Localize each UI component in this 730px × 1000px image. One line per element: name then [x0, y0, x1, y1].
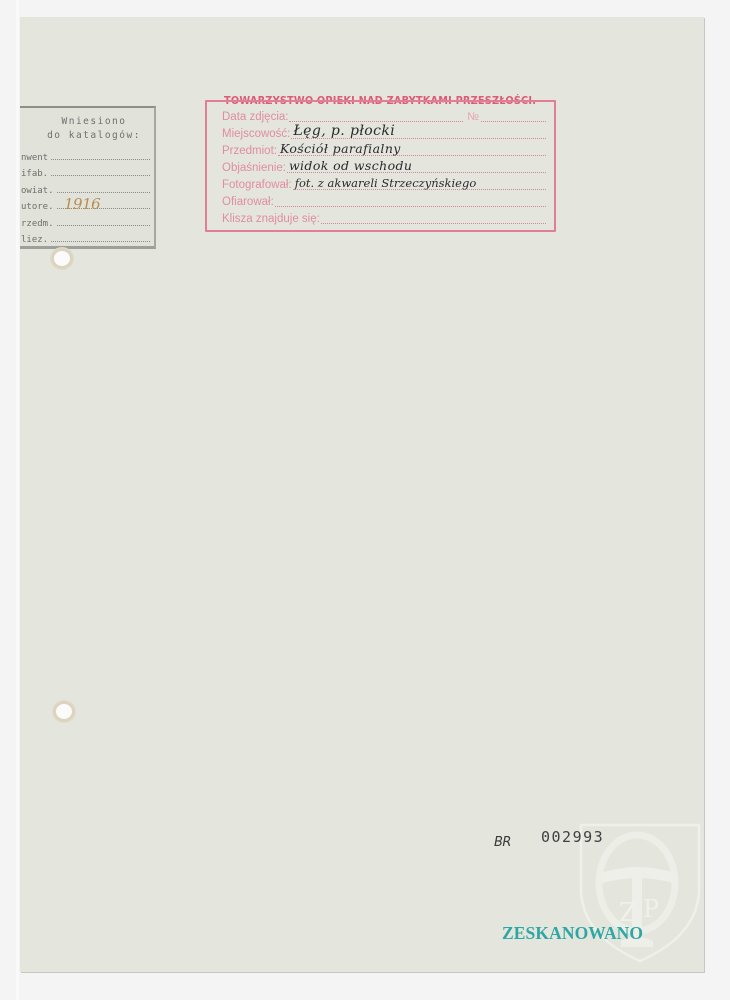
catalog-row: rzedm.	[20, 212, 154, 229]
catalog-handwritten-value: 1916	[64, 195, 100, 213]
catalog-row: utore. 1916	[20, 196, 154, 213]
stamp-field-date: Data zdjęcia: №	[222, 108, 546, 124]
punch-hole-top	[54, 251, 70, 266]
stamp-field-negative-location: Klisza znajduje się:	[222, 210, 546, 226]
catalog-card: Wniesiono do katalogów: nwent ifab. owia…	[20, 106, 156, 249]
catalog-row: owiat.	[20, 179, 154, 196]
stamp-field-description: Objaśnienie: widok od wschodu	[222, 159, 546, 175]
punch-hole-bottom	[56, 704, 72, 719]
catalog-row: nwent	[20, 146, 154, 163]
handwritten-description: widok od wschodu	[289, 158, 412, 173]
stamp-field-location: Miejscowość: Łęg, p. płocki	[222, 125, 546, 141]
scanned-stamp: ZESKANOWANO	[502, 923, 643, 944]
stamp-field-donor: Ofiarował:	[222, 193, 546, 209]
handwritten-location: Łęg, p. płocki	[293, 123, 395, 139]
catalog-row: ifab.	[20, 163, 154, 180]
stamp-field-photographer: Fotografował: fot. z akwareli Strzeczyńs…	[222, 176, 546, 192]
stamp-field-object: Przedmiot: Kościół parafialny	[222, 142, 546, 158]
inventory-number: 002993	[541, 828, 604, 846]
scanner-bed-edge	[16, 0, 19, 1000]
handwritten-photographer: fot. z akwareli Strzeczyńskiego	[295, 176, 477, 190]
handwritten-object: Kościół parafialny	[280, 141, 401, 156]
catalog-card-title: Wniesiono do katalogów:	[20, 108, 154, 143]
stamp-form: Data zdjęcia: № Miejscowość: Łęg, p. pło…	[205, 100, 556, 232]
inventory-prefix: BR	[494, 835, 511, 850]
svg-text:P: P	[643, 895, 659, 923]
catalog-row: liez.	[20, 229, 154, 246]
number-label: №	[467, 111, 479, 123]
